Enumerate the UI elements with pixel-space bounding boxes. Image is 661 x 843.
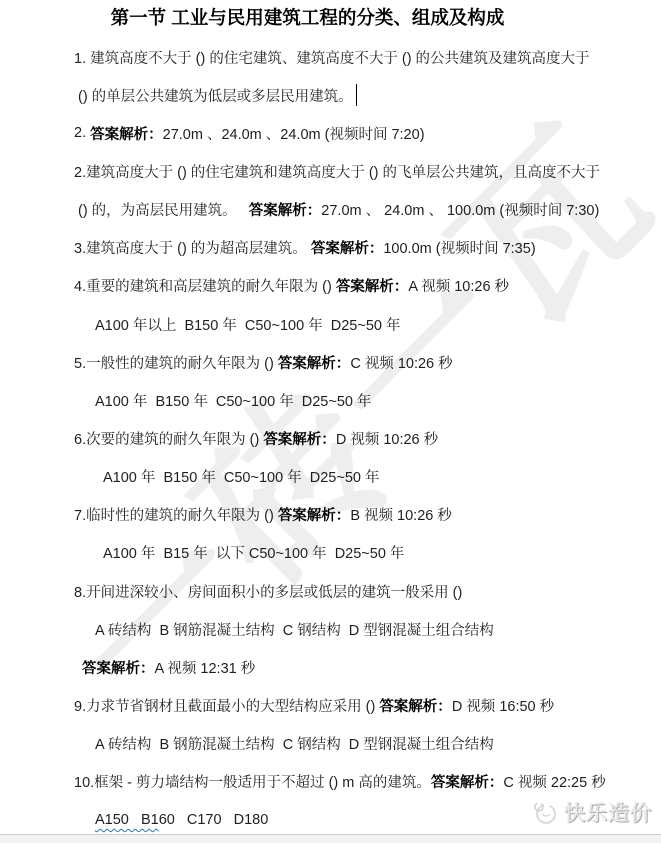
text-line[interactable]: 3.建筑高度大于 () 的为超高层建筑。 答案解析：100.0m (视频时间 7… [0, 229, 661, 267]
document-content[interactable]: 1. 建筑高度不大于 () 的住宅建筑、建筑高度不大于 () 的公共建筑及建筑高… [0, 38, 661, 839]
brand-logo: 快乐造价 [532, 797, 652, 827]
text-segment: A 视频 10:26 秒 [408, 275, 509, 296]
text-segment: () 的，为高层民用建筑。 [78, 199, 249, 220]
answer-label: 答案解析： [249, 199, 322, 220]
text-segment: D 视频 10:26 秒 [336, 428, 438, 449]
text-segment: 27.0m 、24.0m 、24.0m (视频时间 7:20) [163, 123, 425, 144]
answer-label: 答案解析： [431, 771, 504, 792]
document-page: 一砖一瓦 第一节 工业与民用建筑工程的分类、组成及构成 1. 建筑高度不大于 (… [0, 0, 661, 843]
text-line[interactable]: 4.重要的建筑和高层建筑的耐久年限为 () 答案解析：A 视频 10:26 秒 [0, 267, 661, 305]
text-segment: A100 年 B150 年 C50~100 年 D25~50 年 [103, 466, 379, 487]
text-segment: 4.重要的建筑和高层建筑的耐久年限为 () [74, 275, 336, 296]
text-line[interactable]: A100 年以上 B150 年 C50~100 年 D25~50 年 [0, 305, 661, 343]
text-segment: 7.临时性的建筑的耐久年限为 () [74, 504, 278, 525]
text-line[interactable]: A100 年 B150 年 C50~100 年 D25~50 年 [0, 458, 661, 496]
answer-label: 答案解析： [336, 275, 409, 296]
text-line[interactable]: 2.建筑高度大于 () 的住宅建筑和建筑高度大于 () 的飞单层公共建筑，且高度… [0, 152, 661, 190]
text-line[interactable]: A 砖结构 B 钢筋混凝土结构 C 钢结构 D 型钢混凝土组合结构 [0, 610, 661, 648]
text-line[interactable]: 1. 建筑高度不大于 () 的住宅建筑、建筑高度不大于 () 的公共建筑及建筑高… [0, 38, 661, 76]
answer-label: 答案解析： [90, 123, 163, 144]
text-segment: () 的单层公共建筑为低层或多层民用建筑。 [78, 85, 353, 106]
text-segment: 5.一般性的建筑的耐久年限为 () [74, 352, 278, 373]
text-segment: 2.建筑高度大于 () 的住宅建筑和建筑高度大于 () 的飞单层公共建筑，且高度… [74, 161, 600, 182]
text-segment: 10.框架 - 剪力墙结构一般适用于不超过 () m 高的建筑。 [74, 771, 431, 792]
text-line[interactable]: A 砖结构 B 钢筋混凝土结构 C 钢结构 D 型钢混凝土组合结构 [0, 725, 661, 763]
text-line[interactable]: () 的单层公共建筑为低层或多层民用建筑。 [0, 76, 661, 114]
text-segment: A100 年以上 B150 年 C50~100 年 D25~50 年 [95, 314, 400, 335]
spellcheck-flagged-text: A150 B1 [95, 812, 159, 828]
text-segment: A100 年 B150 年 C50~100 年 D25~50 年 [95, 390, 371, 411]
text-segment: 3.建筑高度大于 () 的为超高层建筑。 [74, 237, 311, 258]
text-line[interactable]: 7.临时性的建筑的耐久年限为 () 答案解析：B 视频 10:26 秒 [0, 496, 661, 534]
text-segment: 60 C170 D180 [159, 812, 269, 828]
text-line[interactable]: A100 年 B15 年 以下 C50~100 年 D25~50 年 [0, 534, 661, 572]
page-title: 第一节 工业与民用建筑工程的分类、组成及构成 [0, 4, 615, 30]
text-segment: 8.开间进深较小、房间面积小的多层或低层的建筑一般采用 () [74, 581, 462, 602]
text-line[interactable]: 8.开间进深较小、房间面积小的多层或低层的建筑一般采用 () [0, 572, 661, 610]
happy-cost-logo-icon [532, 799, 559, 826]
text-segment: A 砖结构 B 钢筋混凝土结构 C 钢结构 D 型钢混凝土组合结构 [95, 733, 494, 754]
text-line[interactable]: () 的，为高层民用建筑。 答案解析：27.0m 、 24.0m 、 100.0… [0, 191, 661, 229]
text-segment: D 视频 16:50 秒 [452, 695, 554, 716]
text-segment: A100 年 B15 年 以下 C50~100 年 D25~50 年 [103, 542, 404, 563]
text-segment: C 视频 22:25 秒 [503, 771, 605, 792]
answer-label: 答案解析： [278, 352, 351, 373]
text-segment: A 砖结构 B 钢筋混凝土结构 C 钢结构 D 型钢混凝土组合结构 [95, 619, 494, 640]
text-line[interactable]: 答案解析：A 视频 12:31 秒 [0, 648, 661, 686]
text-segment: 2. [74, 125, 90, 141]
text-segment: C 视频 10:26 秒 [350, 352, 452, 373]
text-segment: A 视频 12:31 秒 [155, 657, 256, 678]
text-line[interactable]: 5.一般性的建筑的耐久年限为 () 答案解析：C 视频 10:26 秒 [0, 343, 661, 381]
text-line[interactable]: 6.次要的建筑的耐久年限为 () 答案解析：D 视频 10:26 秒 [0, 419, 661, 457]
answer-label: 答案解析： [311, 237, 384, 258]
text-line[interactable]: A100 年 B150 年 C50~100 年 D25~50 年 [0, 381, 661, 419]
text-segment: 9.力求节省钢材且截面最小的大型结构应采用 () [74, 695, 379, 716]
text-cursor [356, 84, 358, 106]
text-segment: 100.0m (视频时间 7:35) [383, 237, 535, 258]
brand-logo-text: 快乐造价 [564, 797, 652, 827]
answer-label: 答案解析： [82, 657, 155, 678]
document-window: { "page": { "title": "第一节 工业与民用建筑工程的分类、组… [0, 0, 661, 843]
page-bottom-edge [0, 834, 661, 843]
answer-label: 答案解析： [379, 695, 452, 716]
answer-label: 答案解析： [278, 504, 351, 525]
text-line[interactable]: 2. 答案解析：27.0m 、24.0m 、24.0m (视频时间 7:20) [0, 114, 661, 152]
answer-label: 答案解析： [263, 428, 336, 449]
text-segment: 1. 建筑高度不大于 () 的住宅建筑、建筑高度不大于 () 的公共建筑及建筑高… [74, 47, 590, 68]
text-segment: 27.0m 、 24.0m 、 100.0m (视频时间 7:30) [321, 199, 599, 220]
text-line[interactable]: 9.力求节省钢材且截面最小的大型结构应采用 () 答案解析：D 视频 16:50… [0, 686, 661, 724]
text-segment: B 视频 10:26 秒 [350, 504, 452, 525]
text-segment: 6.次要的建筑的耐久年限为 () [74, 428, 263, 449]
text-line[interactable]: 10.框架 - 剪力墙结构一般适用于不超过 () m 高的建筑。答案解析：C 视… [0, 763, 661, 801]
